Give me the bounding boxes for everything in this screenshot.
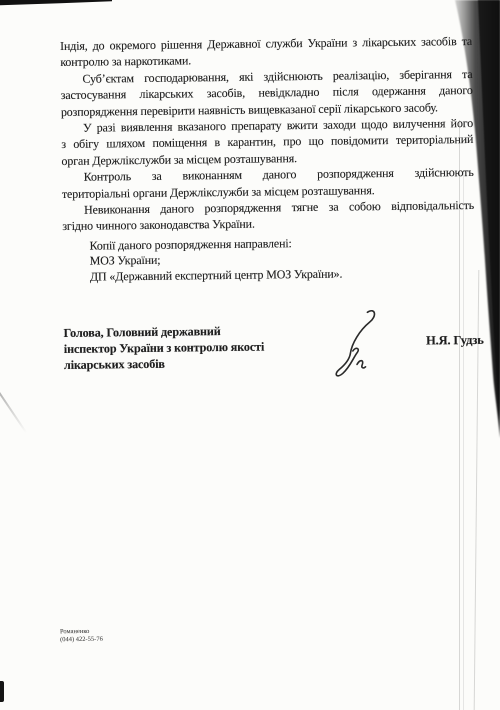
signatory-name: Н.Я. Гудзь	[426, 332, 484, 349]
paper-crease-mark	[0, 389, 27, 433]
signatory-title-line: лікарських засобів	[64, 354, 314, 373]
copies-block: Копії даного розпорядження направлені: М…	[62, 234, 475, 286]
scanned-document-page: Індія, до окремого рішення Державної слу…	[0, 0, 500, 710]
signatory-title: Голова, Головний державний інспектор Укр…	[64, 322, 315, 373]
paragraph: Невиконання даного розпорядження тягне з…	[62, 197, 474, 235]
paragraph: У разі виявлення вказаного препарату вжи…	[61, 115, 474, 169]
copies-item: ДП «Державний експертний центр МОЗ Украї…	[90, 265, 475, 285]
scan-edge-left-mark	[0, 681, 4, 702]
paragraph: Суб’єктам господарювання, які здійснюють…	[60, 66, 473, 120]
executor-footer: Романенко (044) 422-55-76	[60, 628, 103, 645]
signature-scribble	[329, 307, 390, 382]
scan-edge-top-wedge	[0, 0, 120, 8]
paragraph: Контроль за виконанням даного розпорядже…	[62, 164, 474, 202]
footer-contact-phone: (044) 422-55-76	[60, 636, 103, 645]
document-body: Індія, до окремого рішення Державної слу…	[60, 33, 476, 373]
signature-block: Голова, Головний державний інспектор Укр…	[64, 320, 477, 373]
paragraph: Індія, до окремого рішення Державної слу…	[60, 33, 472, 71]
